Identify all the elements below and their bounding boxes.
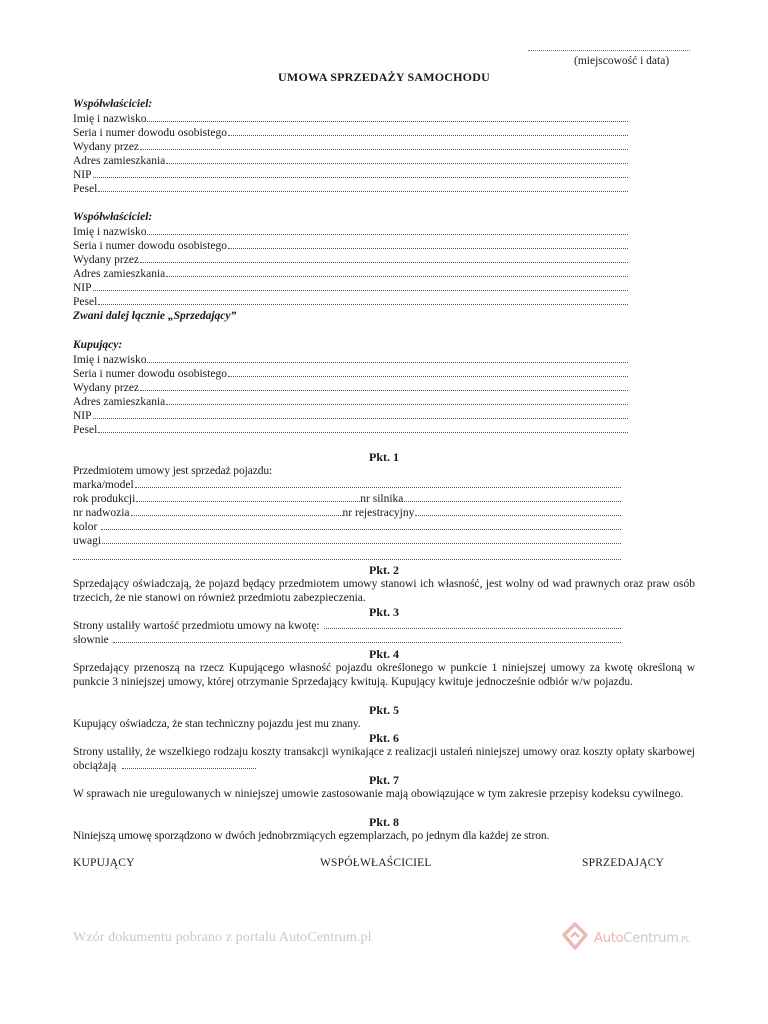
field-address[interactable]: Adres zamieszkania — [73, 395, 628, 409]
field-price[interactable]: Strony ustaliły wartość przedmiotu umowy… — [73, 619, 621, 633]
field-year-engine[interactable]: rok produkcji nr silnika — [73, 492, 621, 506]
field-label: Strony ustaliły wartość przedmiotu umowy… — [73, 620, 320, 632]
field-name[interactable]: Imię i nazwisko — [73, 353, 628, 367]
field-make-model[interactable]: marka/model — [73, 478, 621, 492]
field-label: Seria i numer dowodu osobistego — [73, 127, 227, 139]
field-issued-by[interactable]: Wydany przez — [73, 253, 628, 267]
field-label: Adres zamieszkania — [73, 155, 165, 167]
field-name[interactable]: Imię i nazwisko — [73, 112, 628, 126]
field-label: nr rejestracyjny — [343, 507, 415, 519]
point-7-title: Pkt. 7 — [0, 773, 768, 788]
field-label: Imię i nazwisko — [73, 226, 146, 238]
section-heading-coowner-2: Współwłaściciel: — [73, 211, 152, 223]
point-5-text: Kupujący oświadcza, że stan techniczny p… — [73, 717, 361, 731]
point-4-text: Sprzedający przenoszą na rzecz Kupująceg… — [73, 661, 695, 689]
field-address[interactable]: Adres zamieszkania — [73, 267, 628, 281]
field-label: Seria i numer dowodu osobistego — [73, 368, 227, 380]
field-pesel[interactable]: Pesel — [73, 423, 628, 437]
buyer-fields: Imię i nazwisko Seria i numer dowodu oso… — [73, 353, 628, 437]
point-1-title: Pkt. 1 — [0, 450, 768, 465]
document-page: (miejscowość i data) UMOWA SPRZEDAŻY SAM… — [0, 0, 768, 1024]
point-6-title: Pkt. 6 — [0, 731, 768, 746]
date-place-label: (miejscowość i data) — [574, 55, 669, 67]
field-label: marka/model — [73, 479, 134, 491]
field-price-words[interactable]: słownie — [73, 633, 621, 647]
field-id-number[interactable]: Seria i numer dowodu osobistego — [73, 367, 628, 381]
field-nip[interactable]: NIP — [73, 168, 628, 182]
field-issued-by[interactable]: Wydany przez — [73, 140, 628, 154]
field-label: rok produkcji — [73, 493, 135, 505]
field-label: Pesel — [73, 296, 97, 308]
field-name[interactable]: Imię i nazwisko — [73, 225, 628, 239]
field-remarks-continued[interactable] — [73, 550, 621, 564]
sellers-collective-note: Zwani dalej łącznie „Sprzedający” — [73, 310, 236, 322]
field-label: Wydany przez — [73, 141, 139, 153]
field-label: Wydany przez — [73, 382, 139, 394]
signature-seller: SPRZEDAJĄCY — [582, 857, 664, 869]
field-address[interactable]: Adres zamieszkania — [73, 154, 628, 168]
autocentrum-logo-text: AutoCentrum.PL — [594, 931, 690, 946]
source-watermark: Wzór dokumentu pobrano z portalu AutoCen… — [73, 930, 372, 946]
coowner-2-fields: Imię i nazwisko Seria i numer dowodu oso… — [73, 225, 628, 309]
field-label: słownie — [73, 634, 109, 646]
field-label: Adres zamieszkania — [73, 396, 165, 408]
field-nip[interactable]: NIP — [73, 409, 628, 423]
point-4-title: Pkt. 4 — [0, 647, 768, 662]
field-label: NIP — [73, 169, 92, 181]
date-place-field[interactable] — [528, 42, 690, 51]
point-8-title: Pkt. 8 — [0, 815, 768, 830]
field-remarks[interactable]: uwagi — [73, 534, 621, 548]
signature-coowner: WSPÓŁWŁAŚCICIEL — [320, 857, 432, 869]
point-3-title: Pkt. 3 — [0, 605, 768, 620]
field-label: Imię i nazwisko — [73, 113, 146, 125]
field-label: Wydany przez — [73, 254, 139, 266]
field-label: kolor — [73, 521, 97, 533]
field-label: Adres zamieszkania — [73, 268, 165, 280]
field-body-registration[interactable]: nr nadwozia nr rejestracyjny — [73, 506, 621, 520]
field-pesel[interactable]: Pesel — [73, 182, 628, 196]
point-1-intro: Przedmiotem umowy jest sprzedaż pojazdu: — [73, 464, 272, 478]
point-2-text: Sprzedający oświadczają, że pojazd będąc… — [73, 577, 695, 605]
autocentrum-logo: AutoCentrum.PL — [562, 922, 690, 955]
vehicle-fields: marka/model rok produkcji nr silnika nr … — [73, 478, 621, 564]
field-nip[interactable]: NIP — [73, 281, 628, 295]
signature-buyer: KUPUJĄCY — [73, 857, 135, 869]
section-heading-buyer: Kupujący: — [73, 339, 122, 351]
field-label: Seria i numer dowodu osobistego — [73, 240, 227, 252]
cost-bearer-field[interactable] — [122, 760, 256, 769]
point-7-text: W sprawach nie uregulowanych w niniejsze… — [73, 787, 695, 801]
field-label: NIP — [73, 282, 92, 294]
point-8-text: Niniejszą umowę sporządzono w dwóch jedn… — [73, 829, 549, 843]
field-id-number[interactable]: Seria i numer dowodu osobistego — [73, 126, 628, 140]
autocentrum-logo-icon — [562, 922, 588, 955]
field-label: nr nadwozia — [73, 507, 130, 519]
field-label: Pesel — [73, 183, 97, 195]
section-heading-coowner-1: Współwłaściciel: — [73, 98, 152, 110]
field-label: uwagi — [73, 535, 101, 547]
field-label: nr silnika — [360, 493, 403, 505]
document-title: UMOWA SPRZEDAŻY SAMOCHODU — [0, 70, 768, 85]
field-label: Imię i nazwisko — [73, 354, 146, 366]
field-label: Pesel — [73, 424, 97, 436]
field-label: NIP — [73, 410, 92, 422]
point-6-text: Strony ustaliły, że wszelkiego rodzaju k… — [73, 745, 695, 773]
point-2-title: Pkt. 2 — [0, 563, 768, 578]
field-id-number[interactable]: Seria i numer dowodu osobistego — [73, 239, 628, 253]
field-pesel[interactable]: Pesel — [73, 295, 628, 309]
field-color[interactable]: kolor — [73, 520, 621, 534]
price-fields: Strony ustaliły wartość przedmiotu umowy… — [73, 619, 621, 647]
coowner-1-fields: Imię i nazwisko Seria i numer dowodu oso… — [73, 112, 628, 196]
point-5-title: Pkt. 5 — [0, 703, 768, 718]
field-issued-by[interactable]: Wydany przez — [73, 381, 628, 395]
